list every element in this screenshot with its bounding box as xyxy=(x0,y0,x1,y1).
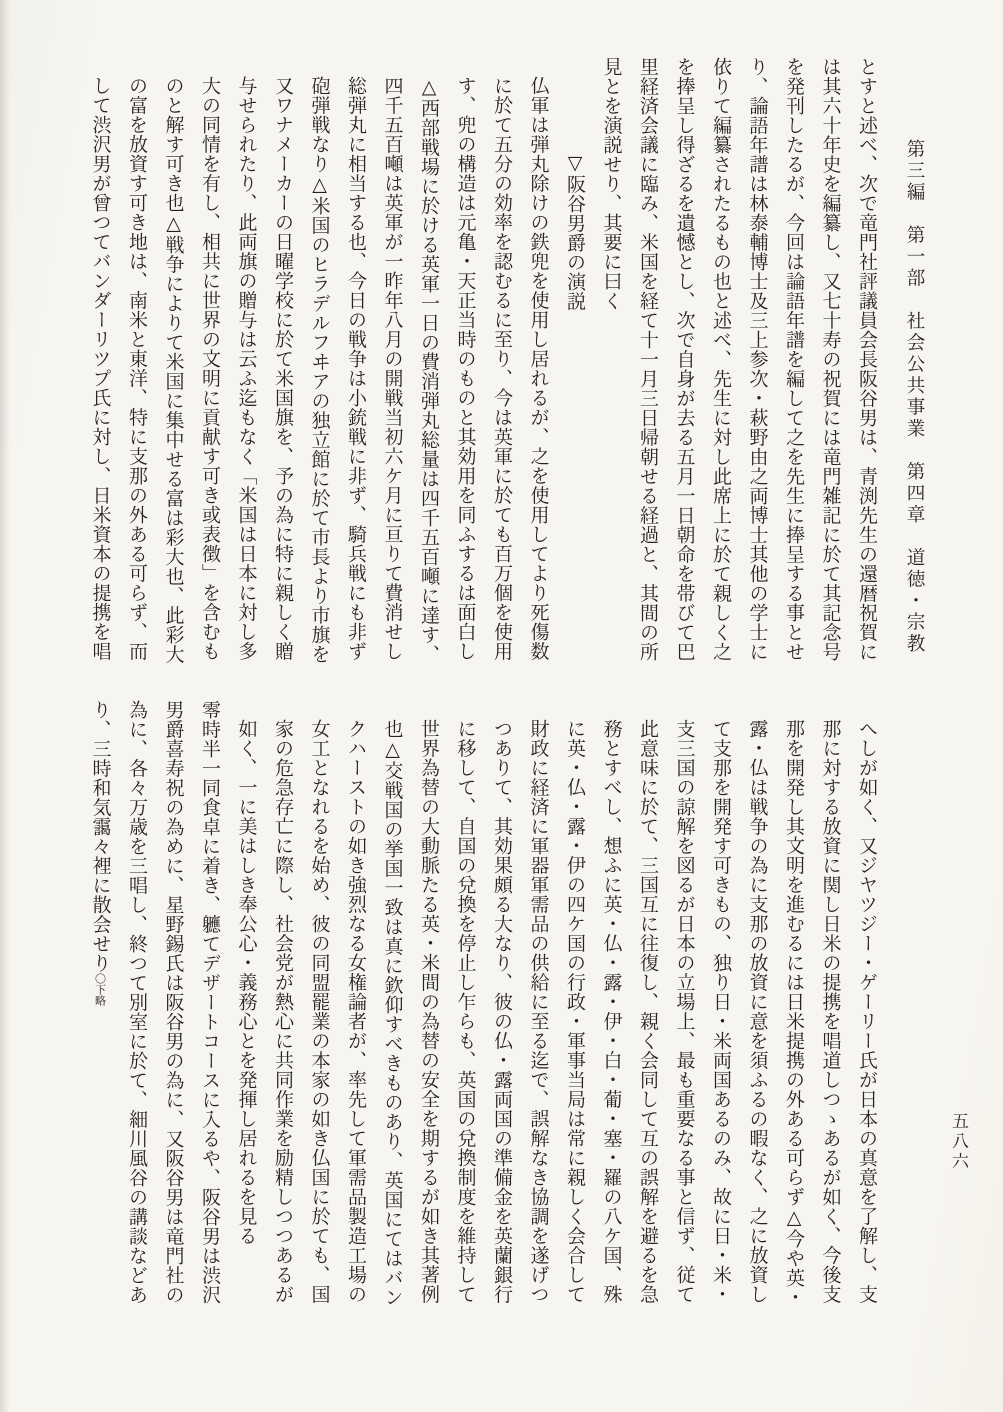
text-column: 也△交戦国の挙国一致は真に欽仰すべきものあり、英国にてはバン xyxy=(373,700,410,1326)
text-column: 世界為替の大動脈たる英・米間の為替の安全を期するが如き其著例 xyxy=(410,700,447,1326)
text-column: 為に、各々万歳を三唱し、終つて別室に於て、細川風谷の講談などあ xyxy=(118,700,155,1326)
text-column: 大の同情を有し、相共に世界の文明に貢献す可き或表徴」を含むも xyxy=(191,57,228,663)
text-column: ▽阪谷男爵の演説 xyxy=(556,57,593,663)
text-column: 那を開発し其文明を進むるには日米提携の外ある可らず△今や英・ xyxy=(775,700,812,1326)
text-block-lower: へしが如く、又ジヤツジー・ゲーリー氏が日本の真意を了解し、支那に対する放資に関し… xyxy=(81,700,884,1326)
text-column: に移して、自国の兌換を停止し乍らも、英国の兌換制度を維持して xyxy=(446,700,483,1326)
text-column: つありて、其効果頗る大なり、彼の仏・露両国の準備金を英蘭銀行 xyxy=(483,700,520,1326)
text-column: 家の危急存亡に際し、社会党が熱心に共同作業を励精しつつあるが xyxy=(264,700,301,1326)
text-column: △西部戦場に於ける英軍一日の費消弾丸総量は四千五百噸に達す、 xyxy=(410,57,447,663)
text-column: 零時半一同食卓に着き、軈てデザートコースに入るや、阪谷男は渋沢 xyxy=(191,700,228,1326)
text-column: の富を放資す可き地は、南米と東洋、特に支那の外ある可らず、而 xyxy=(118,57,155,663)
text-column: とすと述べ、次で竜門社評議員会長阪谷男は、青渕先生の還暦祝賀に xyxy=(848,57,885,663)
text-column: 依りて編纂されたるもの也と述べ、先生に対し此席上に於て親しく之 xyxy=(702,57,739,663)
text-column: り、論語年譜は林泰輔博士及三上参次・萩野由之両博士其他の学士に xyxy=(738,57,775,663)
text-column: 那に対する放資に関し日米の提携を唱道しつゝあるが如く、今後支 xyxy=(811,700,848,1326)
text-column: 見とを演説せり、其要に曰く xyxy=(592,57,629,663)
text-column: 如く、一に美はしき奉公心・義務心とを発揮し居れるを見る xyxy=(227,700,264,1326)
text-column: を発刊したるが、今回は論語年譜を編して之を先生に捧呈する事とせ xyxy=(775,57,812,663)
text-column: を捧呈し得ざるを遺憾とし、次で自身が去る五月一日朝命を帯びて巴 xyxy=(665,57,702,663)
text-column: に英・仏・露・伊の四ケ国の行政・軍事当局は常に親しく会合して xyxy=(556,700,593,1326)
text-column: 此意味に於て、三国互に往復し、親く会同して互の誤解を避るを急 xyxy=(629,700,666,1326)
text-column: す、兜の構造は元亀・天正当時のものと其効用を同ふするは面白し xyxy=(446,57,483,663)
document-page: 第三編 第一部 社会公共事業 第四章 道徳・宗教 とすと述べ、次で竜門社評議員会… xyxy=(0,0,1003,1412)
text-column: 与せられたり、此両旗の贈与は云ふ迄もなく「米国は日本に対し多 xyxy=(227,57,264,663)
text-column: して渋沢男が曾つてバンダーリツプ氏に対し、日米資本の提携を唱 xyxy=(81,57,118,663)
text-column: クハーストの如き強烈なる女権論者が、率先して軍需品製造工場の xyxy=(337,700,374,1326)
chapter-header: 第三編 第一部 社会公共事業 第四章 道徳・宗教 xyxy=(901,139,927,649)
text-column: 四千五百噸は英軍が一昨年八月の開戦当初六ケ月に亘りて費消せし xyxy=(373,57,410,663)
text-column: 女工となれるを始め、彼の同盟罷業の本家の如き仏国に於ても、国 xyxy=(300,700,337,1326)
text-column: のと解す可き也△戦争によりて米国に集中せる富は彩大也、此彩大 xyxy=(154,57,191,663)
text-column: 仏軍は弾丸除けの鉄兜を使用し居れるが、之を使用してより死傷数 xyxy=(519,57,556,663)
page-number: 五八六 xyxy=(946,1112,971,1172)
text-column: に於て五分の効率を認むるに至り、今は英軍に於ても百万個を使用 xyxy=(483,57,520,663)
text-column: 支三国の諒解を図るが日本の立場上、最も重要なる事と信ず、従て xyxy=(665,700,702,1326)
text-column: り、三時和気靄々裡に散会せり〇下略 xyxy=(81,700,118,1326)
text-column: へしが如く、又ジヤツジー・ゲーリー氏が日本の真意を了解し、支 xyxy=(848,700,885,1326)
abbreviation-note: 〇下略 xyxy=(94,973,106,1006)
text-column: 財政に経済に軍器軍需品の供給に至る迄で、誤解なき協調を遂げつ xyxy=(519,700,556,1326)
text-column: 里経済会議に臨み、米国を経て十一月三日帰朝せる経過と、其間の所 xyxy=(629,57,666,663)
text-column: 務とすべし、想ふに英・仏・露・伊・白・葡・塞・羅の八ケ国、殊 xyxy=(592,700,629,1326)
text-column: 男爵喜寿祝の為めに、星野錫氏は阪谷男の為に、又阪谷男は竜門社の xyxy=(154,700,191,1326)
text-block-upper: とすと述べ、次で竜門社評議員会長阪谷男は、青渕先生の還暦祝賀には其六十年史を編纂… xyxy=(81,57,884,663)
text-column: は其六十年史を編纂し、又七十寿の祝賀には竜門雑記に於て其記念号 xyxy=(811,57,848,663)
text-column: 又ワナメーカーの日曜学校に於て米国旗を、予の為に特に親しく贈 xyxy=(264,57,301,663)
text-column: 砲弾戦なり△米国のヒラデルフヰアの独立館に於て市長より市旗を xyxy=(300,57,337,663)
text-column: 総弾丸に相当する也、今日の戦争は小銃戦に非ず、騎兵戦にも非ず xyxy=(337,57,374,663)
text-column: 露・仏は戦争の為に支那の放資に意を須ふるの暇なく、之に放資し xyxy=(738,700,775,1326)
text-column: て支那を開発す可きもの、独り日・米両国あるのみ、故に日・米・ xyxy=(702,700,739,1326)
